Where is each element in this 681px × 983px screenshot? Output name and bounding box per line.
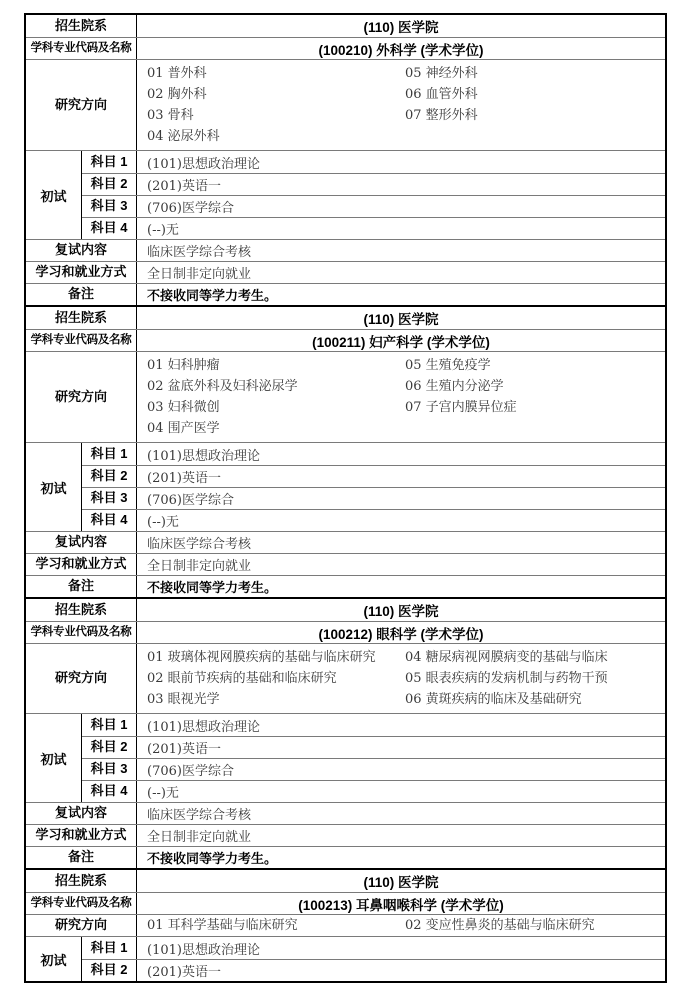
remark-row: 备注 不接收同等学力考生。 <box>26 283 665 305</box>
department-value: (110) 医学院 <box>137 599 665 621</box>
program-block-obstetrics: 招生院系 (110) 医学院 学科专业代码及名称 (100211) 妇产科学 (… <box>26 305 665 597</box>
subject-row: 科目 3 (706)医学综合 <box>82 758 665 780</box>
directions-label: 研究方向 <box>26 60 137 150</box>
remark-value: 不接收同等学力考生。 <box>137 847 665 868</box>
subject-4-label: 科目 4 <box>82 781 137 802</box>
department-label: 招生院系 <box>26 599 137 621</box>
admissions-table: 招生院系 (110) 医学院 学科专业代码及名称 (100210) 外科学 (学… <box>24 13 667 962</box>
department-label: 招生院系 <box>26 15 137 37</box>
directions-label: 研究方向 <box>26 915 137 936</box>
direction-item: 01 玻璃体视网膜疾病的基础与临床研究 <box>147 647 405 668</box>
department-label: 招生院系 <box>26 307 137 329</box>
direction-item: 01 耳科学基础与临床研究 <box>147 915 405 936</box>
subject-2-label: 科目 2 <box>82 466 137 487</box>
subject-3-value: (706)医学综合 <box>137 759 665 780</box>
directions-row: 研究方向 01 普外科 02 胸外科 03 骨科 04 泌尿外科 05 神经外科… <box>26 59 665 150</box>
subject-1-value: (101)思想政治理论 <box>137 714 665 736</box>
subject-row: 科目 4 (--)无 <box>82 217 665 239</box>
major-row: 学科专业代码及名称 (100212) 眼科学 (学术学位) <box>26 621 665 643</box>
subject-row: 科目 2 (201)英语一 <box>82 736 665 758</box>
remark-row: 备注 不接收同等学力考生。 <box>26 846 665 868</box>
study-mode-label: 学习和就业方式 <box>26 554 137 575</box>
directions-row: 研究方向 01 玻璃体视网膜疾病的基础与临床研究 02 眼前节疾病的基础和临床研… <box>26 643 665 713</box>
direction-item: 02 眼前节疾病的基础和临床研究 <box>147 668 405 689</box>
subject-row: 科目 3 (706)医学综合 <box>82 487 665 509</box>
direction-item: 06 血管外科 <box>405 84 665 105</box>
initial-exam-label: 初试 <box>26 714 82 802</box>
retest-row: 复试内容 临床医学综合考核 <box>26 531 665 553</box>
major-label: 学科专业代码及名称 <box>26 38 137 59</box>
initial-exam-label: 初试 <box>26 443 82 531</box>
department-row: 招生院系 (110) 医学院 <box>26 870 665 892</box>
retest-row: 复试内容 临床医学综合考核 <box>26 239 665 261</box>
direction-item: 07 整形外科 <box>405 105 665 126</box>
direction-item: 06 黄斑疾病的临床及基础研究 <box>405 689 665 710</box>
retest-value: 临床医学综合考核 <box>137 240 665 261</box>
subject-4-value: (--)无 <box>137 218 665 239</box>
major-value: (100211) 妇产科学 (学术学位) <box>137 330 665 351</box>
major-row: 学科专业代码及名称 (100213) 耳鼻咽喉科学 (学术学位) <box>26 892 665 914</box>
subject-1-label: 科目 1 <box>82 937 137 959</box>
subject-row: 科目 1 (101)思想政治理论 <box>82 151 665 173</box>
subject-3-label: 科目 3 <box>82 196 137 217</box>
subject-1-label: 科目 1 <box>82 714 137 736</box>
remark-label: 备注 <box>26 847 137 868</box>
department-row: 招生院系 (110) 医学院 <box>26 307 665 329</box>
direction-item: 03 眼视光学 <box>147 689 405 710</box>
remark-value: 不接收同等学力考生。 <box>137 284 665 305</box>
initial-exam-row: 初试 科目 1 (101)思想政治理论 科目 2 (201)英语一 科目 3 (… <box>26 442 665 531</box>
directions-list: 01 普外科 02 胸外科 03 骨科 04 泌尿外科 05 神经外科 06 血… <box>137 60 665 150</box>
subject-row: 科目 2 (201)英语一 <box>82 465 665 487</box>
directions-label: 研究方向 <box>26 352 137 442</box>
subject-1-value: (101)思想政治理论 <box>137 151 665 173</box>
direction-item: 05 眼表疾病的发病机制与药物干预 <box>405 668 665 689</box>
department-label: 招生院系 <box>26 870 137 892</box>
department-value: (110) 医学院 <box>137 15 665 37</box>
direction-item: 01 妇科肿瘤 <box>147 355 405 376</box>
directions-list: 01 妇科肿瘤 02 盆底外科及妇科泌尿学 03 妇科微创 04 围产医学 05… <box>137 352 665 442</box>
remark-label: 备注 <box>26 576 137 597</box>
subject-3-value: (706)医学综合 <box>137 488 665 509</box>
major-row: 学科专业代码及名称 (100211) 妇产科学 (学术学位) <box>26 329 665 351</box>
subject-2-value: (201)英语一 <box>137 466 665 487</box>
study-mode-value: 全日制非定向就业 <box>137 554 665 575</box>
major-value: (100213) 耳鼻咽喉科学 (学术学位) <box>137 893 665 914</box>
remark-row: 备注 不接收同等学力考生。 <box>26 575 665 597</box>
subject-2-label: 科目 2 <box>82 737 137 758</box>
department-row: 招生院系 (110) 医学院 <box>26 15 665 37</box>
subject-row: 科目 1 (101)思想政治理论 <box>82 937 665 959</box>
direction-item: 03 骨科 <box>147 105 405 126</box>
department-value: (110) 医学院 <box>137 870 665 892</box>
remark-label: 备注 <box>26 284 137 305</box>
subject-2-value: (201)英语一 <box>137 737 665 758</box>
directions-label: 研究方向 <box>26 644 137 713</box>
subject-1-value: (101)思想政治理论 <box>137 443 665 465</box>
study-mode-value: 全日制非定向就业 <box>137 825 665 846</box>
major-value: (100210) 外科学 (学术学位) <box>137 38 665 59</box>
direction-item: 03 妇科微创 <box>147 397 405 418</box>
direction-item: 04 泌尿外科 <box>147 126 405 147</box>
subject-3-value: (706)医学综合 <box>137 196 665 217</box>
study-mode-value: 全日制非定向就业 <box>137 262 665 283</box>
study-mode-label: 学习和就业方式 <box>26 825 137 846</box>
subject-4-label: 科目 4 <box>82 510 137 531</box>
directions-list: 01 玻璃体视网膜疾病的基础与临床研究 02 眼前节疾病的基础和临床研究 03 … <box>137 644 665 713</box>
initial-exam-label: 初试 <box>26 937 82 962</box>
retest-value: 临床医学综合考核 <box>137 803 665 824</box>
retest-label: 复试内容 <box>26 532 137 553</box>
direction-item: 06 生殖内分泌学 <box>405 376 665 397</box>
subject-3-label: 科目 3 <box>82 488 137 509</box>
subject-4-value: (--)无 <box>137 510 665 531</box>
direction-item: 05 神经外科 <box>405 63 665 84</box>
major-label: 学科专业代码及名称 <box>26 330 137 351</box>
initial-exam-row: 初试 科目 1 (101)思想政治理论 科目 2 (201)英语一 <box>26 936 665 962</box>
initial-exam-row: 初试 科目 1 (101)思想政治理论 科目 2 (201)英语一 科目 3 (… <box>26 150 665 239</box>
subject-1-label: 科目 1 <box>82 443 137 465</box>
direction-item: 02 胸外科 <box>147 84 405 105</box>
initial-exam-row: 初试 科目 1 (101)思想政治理论 科目 2 (201)英语一 科目 3 (… <box>26 713 665 802</box>
subject-1-value: (101)思想政治理论 <box>137 937 665 959</box>
department-row: 招生院系 (110) 医学院 <box>26 599 665 621</box>
department-value: (110) 医学院 <box>137 307 665 329</box>
direction-item: 05 生殖免疫学 <box>405 355 665 376</box>
remark-value: 不接收同等学力考生。 <box>137 576 665 597</box>
direction-item: 04 围产医学 <box>147 418 405 439</box>
study-mode-label: 学习和就业方式 <box>26 262 137 283</box>
retest-label: 复试内容 <box>26 240 137 261</box>
program-block-surgery: 招生院系 (110) 医学院 学科专业代码及名称 (100210) 外科学 (学… <box>26 15 665 305</box>
program-block-ophthalmology: 招生院系 (110) 医学院 学科专业代码及名称 (100212) 眼科学 (学… <box>26 597 665 868</box>
direction-item: 02 变应性鼻炎的基础与临床研究 <box>405 915 665 936</box>
major-row: 学科专业代码及名称 (100210) 外科学 (学术学位) <box>26 37 665 59</box>
subject-row: 科目 4 (--)无 <box>82 780 665 802</box>
direction-item: 01 普外科 <box>147 63 405 84</box>
subject-4-value: (--)无 <box>137 781 665 802</box>
directions-row: 研究方向 01 妇科肿瘤 02 盆底外科及妇科泌尿学 03 妇科微创 04 围产… <box>26 351 665 442</box>
subject-row: 科目 1 (101)思想政治理论 <box>82 443 665 465</box>
retest-label: 复试内容 <box>26 803 137 824</box>
subject-row: 科目 3 (706)医学综合 <box>82 195 665 217</box>
subject-row: 科目 4 (--)无 <box>82 509 665 531</box>
subject-4-label: 科目 4 <box>82 218 137 239</box>
direction-item: 07 子宫内膜异位症 <box>405 397 665 418</box>
major-label: 学科专业代码及名称 <box>26 893 137 914</box>
study-mode-row: 学习和就业方式 全日制非定向就业 <box>26 553 665 575</box>
directions-row: 研究方向 01 耳科学基础与临床研究 02 变应性鼻炎的基础与临床研究 <box>26 914 665 936</box>
study-mode-row: 学习和就业方式 全日制非定向就业 <box>26 261 665 283</box>
program-block-otolaryngology: 招生院系 (110) 医学院 学科专业代码及名称 (100213) 耳鼻咽喉科学… <box>26 868 665 962</box>
subject-row: 科目 1 (101)思想政治理论 <box>82 714 665 736</box>
initial-exam-label: 初试 <box>26 151 82 239</box>
major-label: 学科专业代码及名称 <box>26 622 137 643</box>
major-value: (100212) 眼科学 (学术学位) <box>137 622 665 643</box>
subject-2-value: (201)英语一 <box>137 174 665 195</box>
direction-item: 04 糖尿病视网膜病变的基础与临床 <box>405 647 665 668</box>
retest-value: 临床医学综合考核 <box>137 532 665 553</box>
subject-1-label: 科目 1 <box>82 151 137 173</box>
directions-list: 01 耳科学基础与临床研究 02 变应性鼻炎的基础与临床研究 <box>137 915 665 936</box>
study-mode-row: 学习和就业方式 全日制非定向就业 <box>26 824 665 846</box>
subject-row: 科目 2 (201)英语一 <box>82 173 665 195</box>
subject-3-label: 科目 3 <box>82 759 137 780</box>
direction-item: 02 盆底外科及妇科泌尿学 <box>147 376 405 397</box>
retest-row: 复试内容 临床医学综合考核 <box>26 802 665 824</box>
subject-2-label: 科目 2 <box>82 174 137 195</box>
